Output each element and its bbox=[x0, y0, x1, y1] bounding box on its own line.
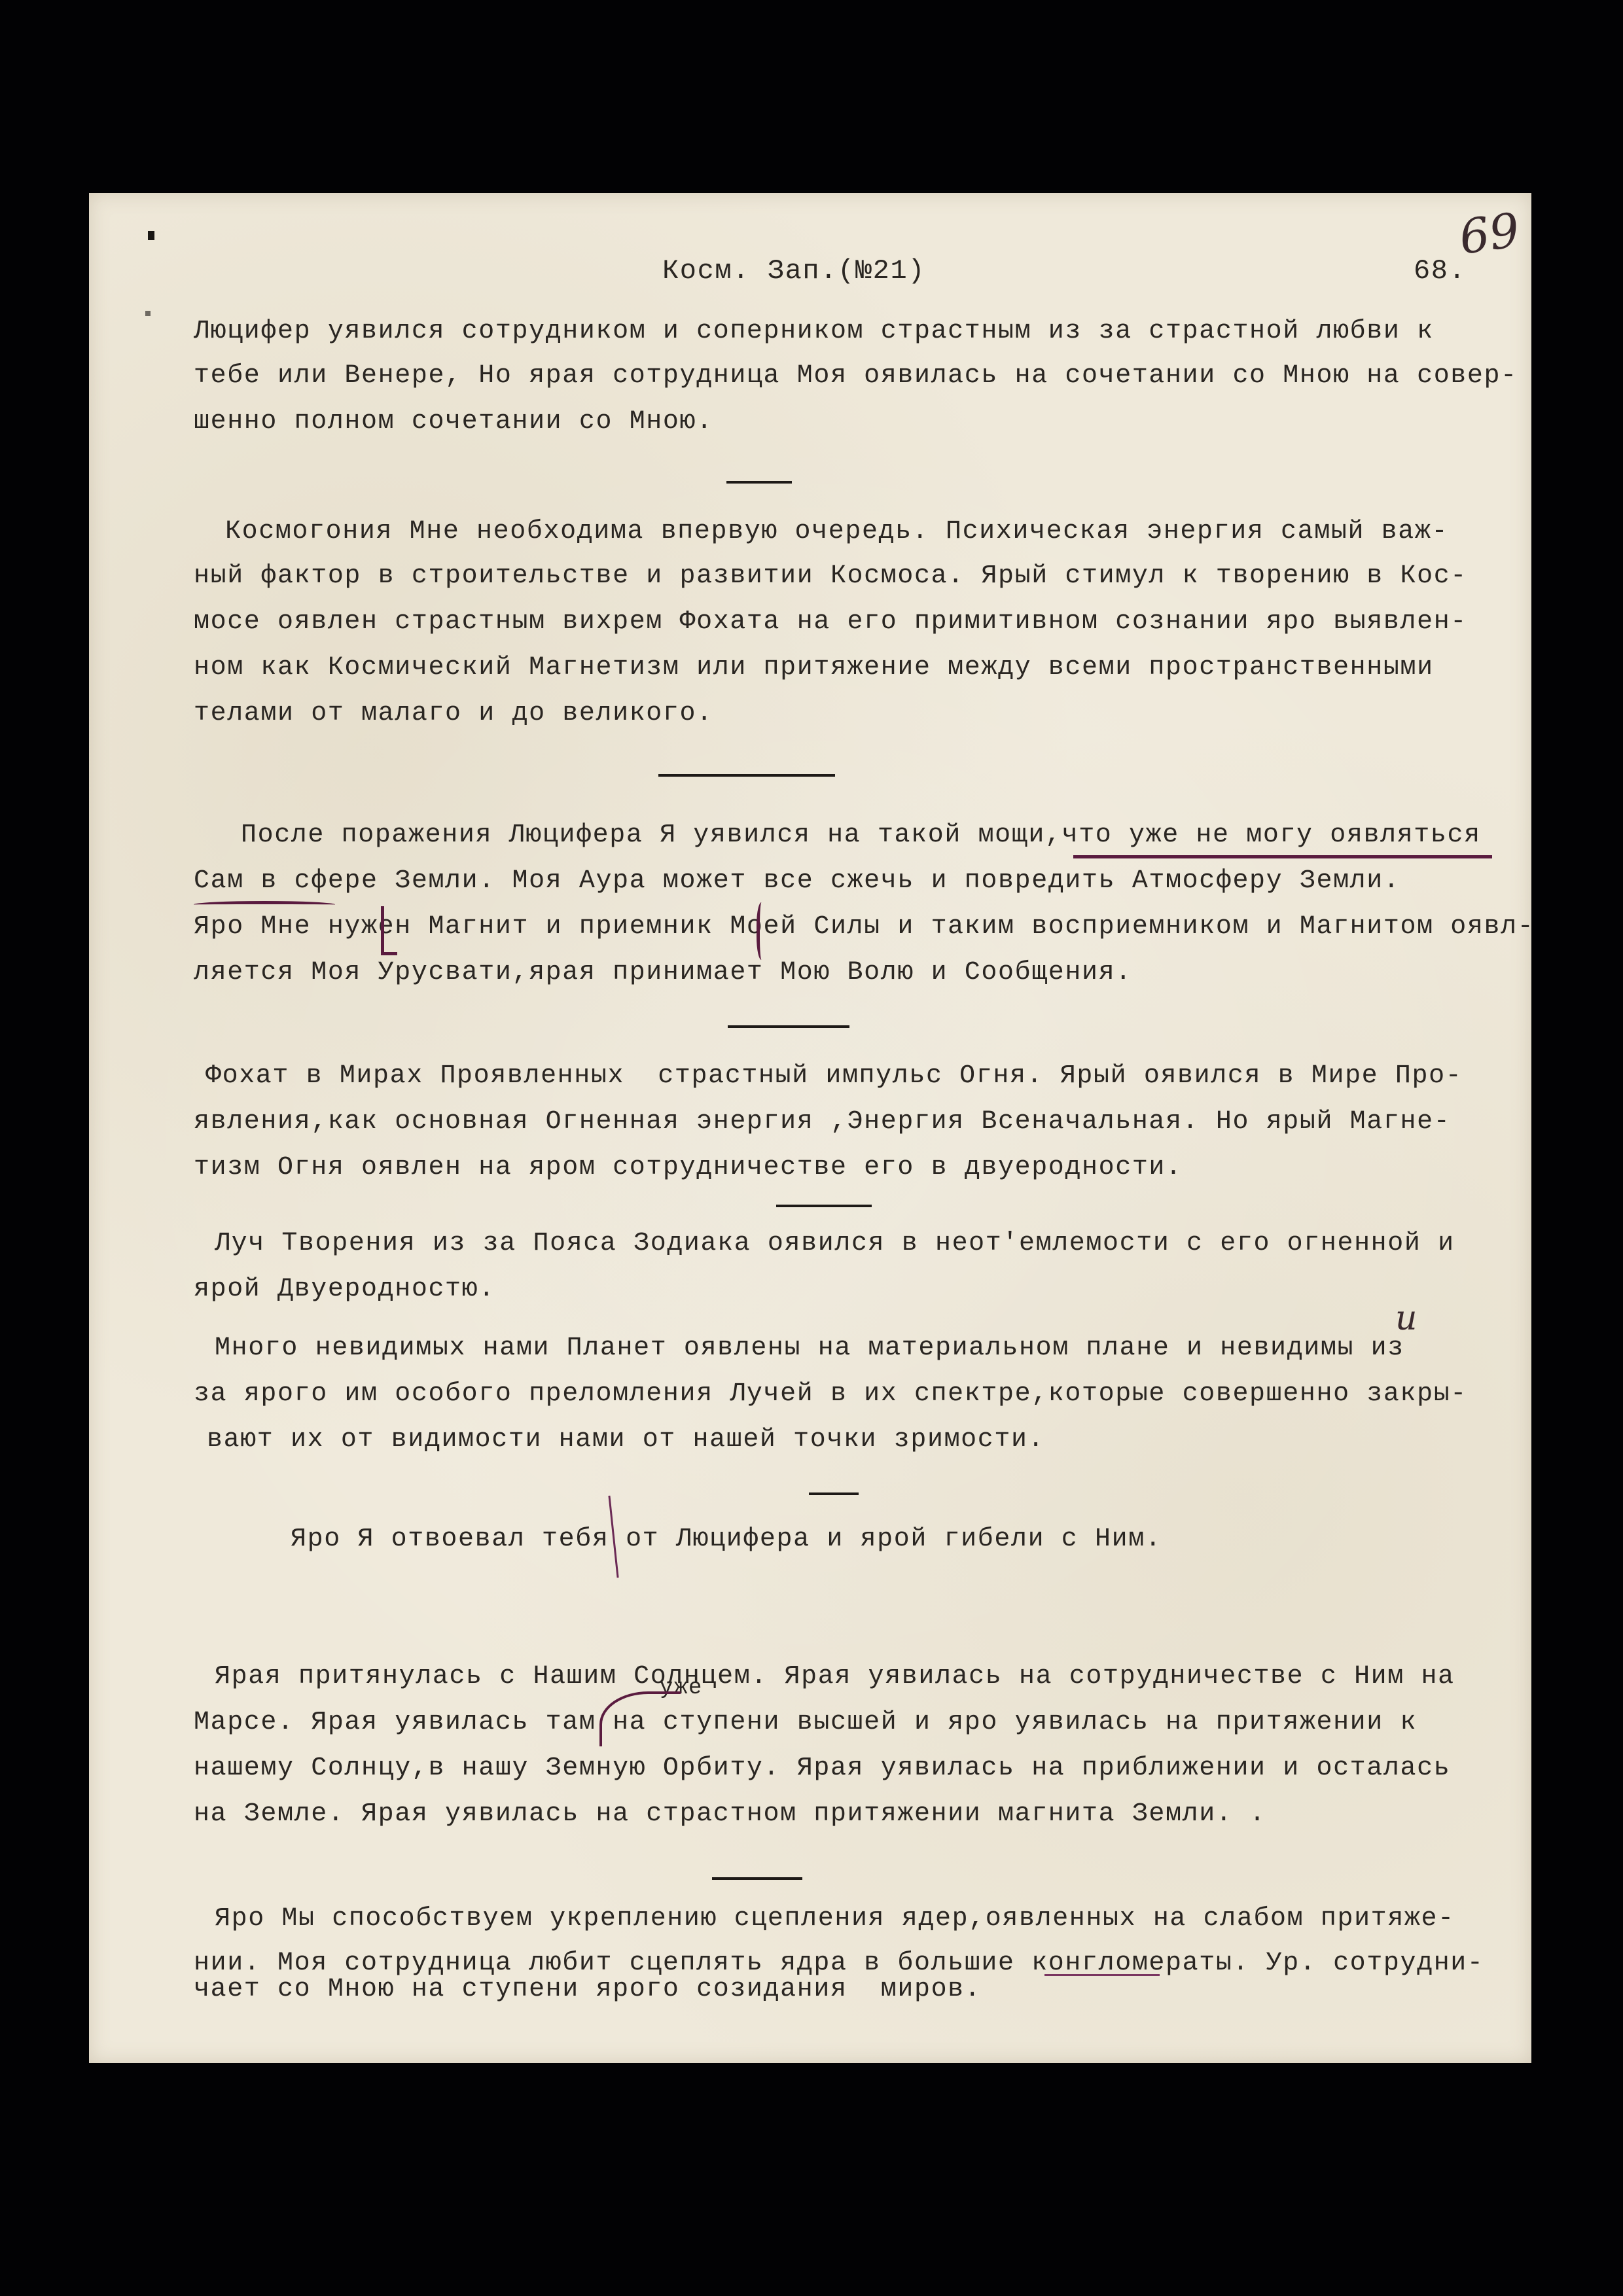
header-title: Косм. Зап.(№21) bbox=[662, 257, 925, 285]
ink-insert-mark bbox=[757, 902, 769, 960]
text-line: мосе оявлен страстным вихрем Фохата на е… bbox=[194, 609, 1467, 635]
ink-underline bbox=[1073, 855, 1492, 858]
handwritten-page-number: 69 bbox=[1456, 202, 1523, 265]
text-line: Космогония Мне необходима впервую очеред… bbox=[225, 519, 1448, 545]
punch-mark bbox=[148, 231, 154, 240]
page-number: 68. bbox=[1414, 257, 1466, 285]
section-separator bbox=[809, 1492, 859, 1495]
text-line: Фохат в Мирах Проявленных страстный импу… bbox=[205, 1063, 1462, 1089]
text-line: чает со Мною на ступени ярого созидания … bbox=[194, 1977, 981, 2003]
punch-mark bbox=[145, 311, 151, 316]
text-line: ярой Двуеродностю. bbox=[194, 1277, 495, 1303]
ink-underline bbox=[1044, 1974, 1160, 1976]
text-line: Ярая притянулась с Нашим Солнцем. Ярая у… bbox=[215, 1664, 1455, 1690]
text-line: нии. Моя сотрудница любит сцеплять ядра … bbox=[194, 1951, 1484, 1977]
section-separator bbox=[728, 1025, 849, 1028]
text-line: После поражения Люцифера Я уявился на та… bbox=[241, 822, 1481, 849]
text-line: ляется Моя Урусвати,ярая принимает Мою В… bbox=[194, 960, 1132, 986]
ink-underline bbox=[194, 901, 335, 908]
section-separator bbox=[712, 1877, 802, 1880]
ink-insert-mark bbox=[381, 906, 397, 955]
text-line: Марсе. Ярая уявилась там на ступени высш… bbox=[194, 1710, 1417, 1736]
section-separator bbox=[776, 1205, 872, 1207]
text-line: Яро Мы способствуем укреплению сцепления… bbox=[215, 1906, 1455, 1932]
text-line: вают их от видимости нами от нашей точки… bbox=[207, 1427, 1044, 1453]
text-line: шенно полном сочетании со Мною. bbox=[194, 409, 713, 435]
section-separator bbox=[726, 481, 792, 484]
text-line: Яро Я отвоевал тебя от Люцифера и ярой г… bbox=[291, 1527, 1162, 1553]
ink-insert-mark bbox=[599, 1691, 681, 1746]
handwritten-correction: и bbox=[1395, 1299, 1418, 1338]
text-line: явления,как основная Огненная энергия ,Э… bbox=[194, 1109, 1450, 1135]
text-line: нашему Солнцу,в нашу Земную Орбиту. Ярая… bbox=[194, 1756, 1450, 1782]
text-line: за ярого им особого преломления Лучей в … bbox=[194, 1381, 1467, 1407]
text-line: на Земле. Ярая уявилась на страстном при… bbox=[194, 1801, 1266, 1828]
text-line: Луч Творения из за Пояса Зодиака оявился… bbox=[215, 1231, 1455, 1257]
text-line: Много невидимых нами Планет оявлены на м… bbox=[215, 1335, 1404, 1362]
text-line: телами от малаго и до великого. bbox=[194, 701, 713, 727]
text-line: тизм Огня оявлен на яром сотрудничестве … bbox=[194, 1155, 1183, 1181]
document-page: Косм. Зап.(№21) 68. 69 Люцифер уявился с… bbox=[89, 193, 1531, 2063]
text-line: ном как Космический Магнетизм или притяж… bbox=[194, 655, 1434, 681]
text-line: тебе или Венере, Но ярая сотрудница Моя … bbox=[194, 363, 1518, 389]
section-separator bbox=[658, 774, 835, 777]
text-line: ный фактор в строительстве и развитии Ко… bbox=[194, 563, 1467, 590]
text-line: Сам в сфере Земли. Моя Аура может все сж… bbox=[194, 868, 1400, 894]
text-line: Люцифер уявился сотрудником и соперником… bbox=[194, 319, 1434, 345]
